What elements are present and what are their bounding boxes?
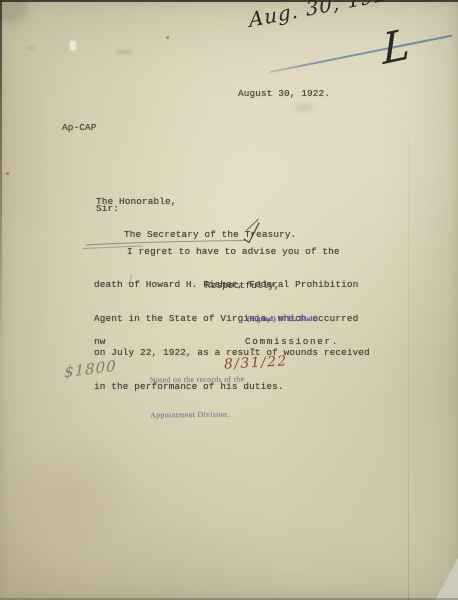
- scan-edge-left: [0, 0, 2, 348]
- scan-edge-top: [0, 0, 458, 2]
- body-line: Agent in the State of Virginia, which oc…: [94, 313, 370, 324]
- stamp-line: Appointment Division.: [150, 408, 245, 420]
- paper-fold-line: [408, 130, 409, 600]
- paper-sheet: Aug. 30, 1922 L August 30, 1922. Ap-CAP …: [0, 0, 458, 600]
- body-line: I regret to have to advise you of the: [94, 246, 370, 257]
- smudge-mark: [294, 103, 314, 112]
- corner-smudge: [0, 0, 28, 24]
- typist-initials: nw: [94, 336, 106, 347]
- rust-speck: [166, 36, 169, 39]
- handwritten-initial-flourish: L: [381, 19, 410, 75]
- file-reference: Ap-CAP: [62, 122, 96, 133]
- handwritten-stamp-date: 8/31/22: [224, 353, 289, 372]
- scanned-letter-page: Aug. 30, 1922 L August 30, 1922. Ap-CAP …: [0, 0, 458, 600]
- smudge-mark: [26, 46, 36, 50]
- smudge-mark: [116, 50, 132, 54]
- salutation: Sir:: [96, 203, 119, 214]
- white-spot: [70, 41, 76, 50]
- paper-stain: [10, 430, 140, 560]
- stamp-line: Noted on the records of the: [150, 374, 245, 386]
- recipient-line: The Honorable,: [96, 196, 296, 207]
- closing: Respectfully,: [205, 280, 280, 291]
- signature-stamp: (Signed) D. H. Blair.: [247, 314, 318, 323]
- signer-title: Commissioner.: [245, 336, 339, 347]
- ink-speck: [6, 172, 9, 175]
- typed-date: August 30, 1922.: [238, 88, 330, 99]
- blue-pencil-check-line: [270, 35, 453, 73]
